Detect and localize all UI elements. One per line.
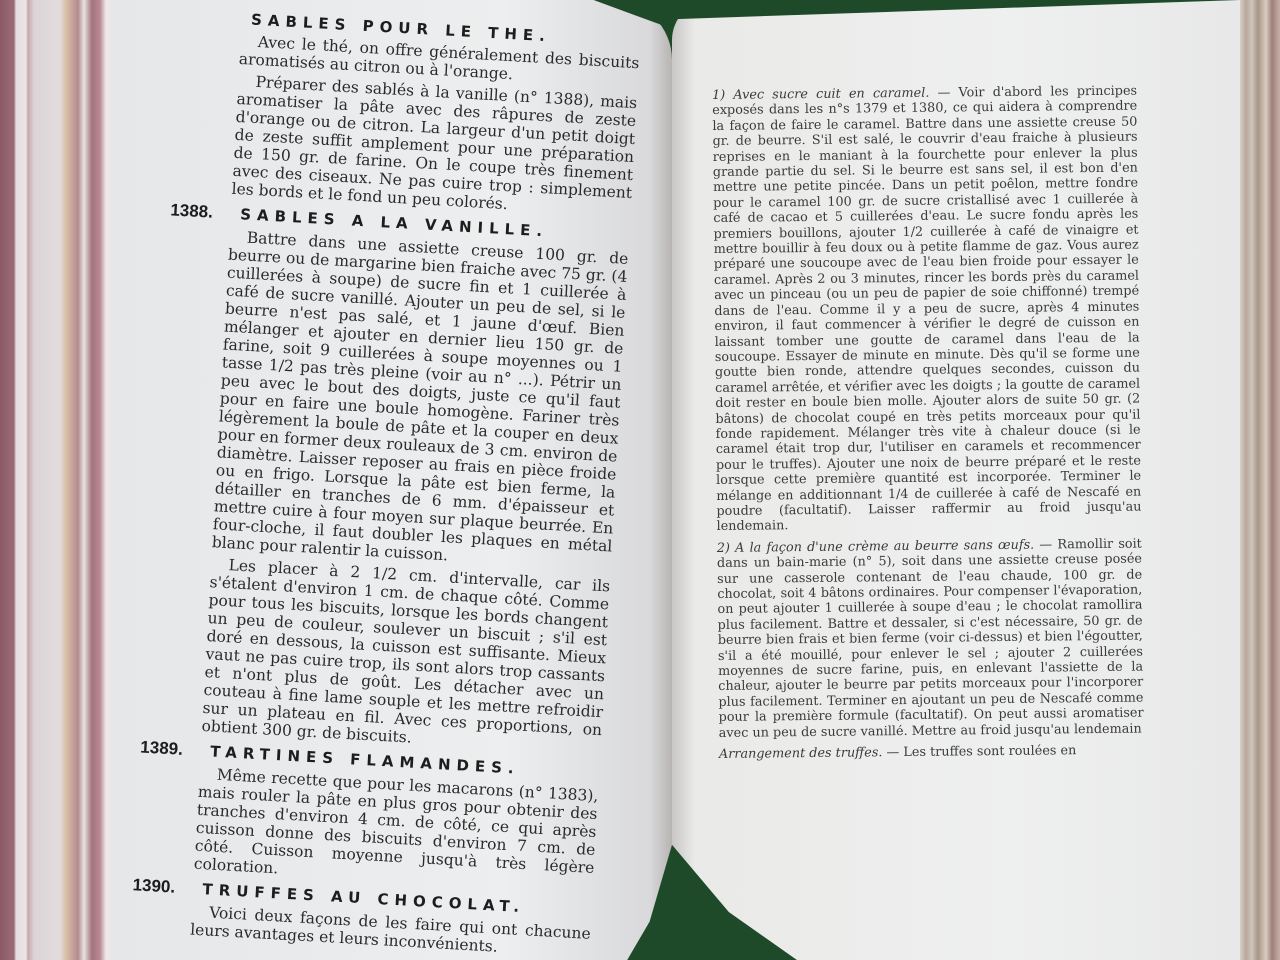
recipe-paragraph: Battre dans une assiette creuse 100 gr. …	[211, 228, 628, 574]
left-page: SABLES POUR LE THE. Avec le thé, on offr…	[112, 0, 672, 960]
right-page-content: 1) Avec sucre cuit en caramel. — Voir d'…	[712, 84, 1144, 769]
recipe-sables-the: SABLES POUR LE THE. Avec le thé, on offr…	[231, 10, 641, 220]
truffes-method-2: 2) A la façon d'une crème au beurre sans…	[717, 536, 1144, 741]
recipe-1388: 1388. SABLES A LA VANILLE. Battre dans u…	[201, 204, 630, 757]
truffes-arrangement: Arrangement des truffes. — Les truffes s…	[719, 743, 1144, 763]
method-text: — Les truffes sont roulées en	[882, 743, 1076, 760]
left-page-content: SABLES POUR LE THE. Avec le thé, on offr…	[190, 4, 642, 960]
method-text: — Voir d'abord les principes exposés dan…	[712, 84, 1141, 535]
truffes-method-1: 1) Avec sucre cuit en caramel. — Voir d'…	[712, 84, 1142, 535]
method-lead: 1) Avec sucre cuit en caramel.	[712, 86, 929, 103]
right-page: 1) Avec sucre cuit en caramel. — Voir d'…	[672, 0, 1240, 960]
recipe-number: 1389.	[140, 738, 197, 761]
recipe-number: 1388.	[170, 200, 227, 223]
method-text: — Ramollir soit dans un bain-marie (n° 5…	[717, 536, 1144, 740]
recipe-paragraph: Préparer des sablés à la vanille (n° 138…	[231, 72, 637, 220]
method-lead: Arrangement des truffes.	[719, 745, 883, 762]
right-page-stack-edge	[1240, 0, 1280, 960]
recipe-paragraph: Les placer à 2 1/2 cm. d'intervalle, car…	[201, 555, 610, 757]
recipe-number: 1390.	[132, 875, 189, 898]
left-page-stack-edge	[0, 0, 112, 960]
recipe-1389: 1389. TARTINES FLAMANDES. Même recette q…	[193, 741, 600, 895]
recipe-number	[181, 21, 237, 24]
recipe-paragraph: Même recette que pour les macarons (n° 1…	[193, 765, 598, 895]
book-photo: SABLES POUR LE THE. Avec le thé, on offr…	[0, 0, 1280, 960]
